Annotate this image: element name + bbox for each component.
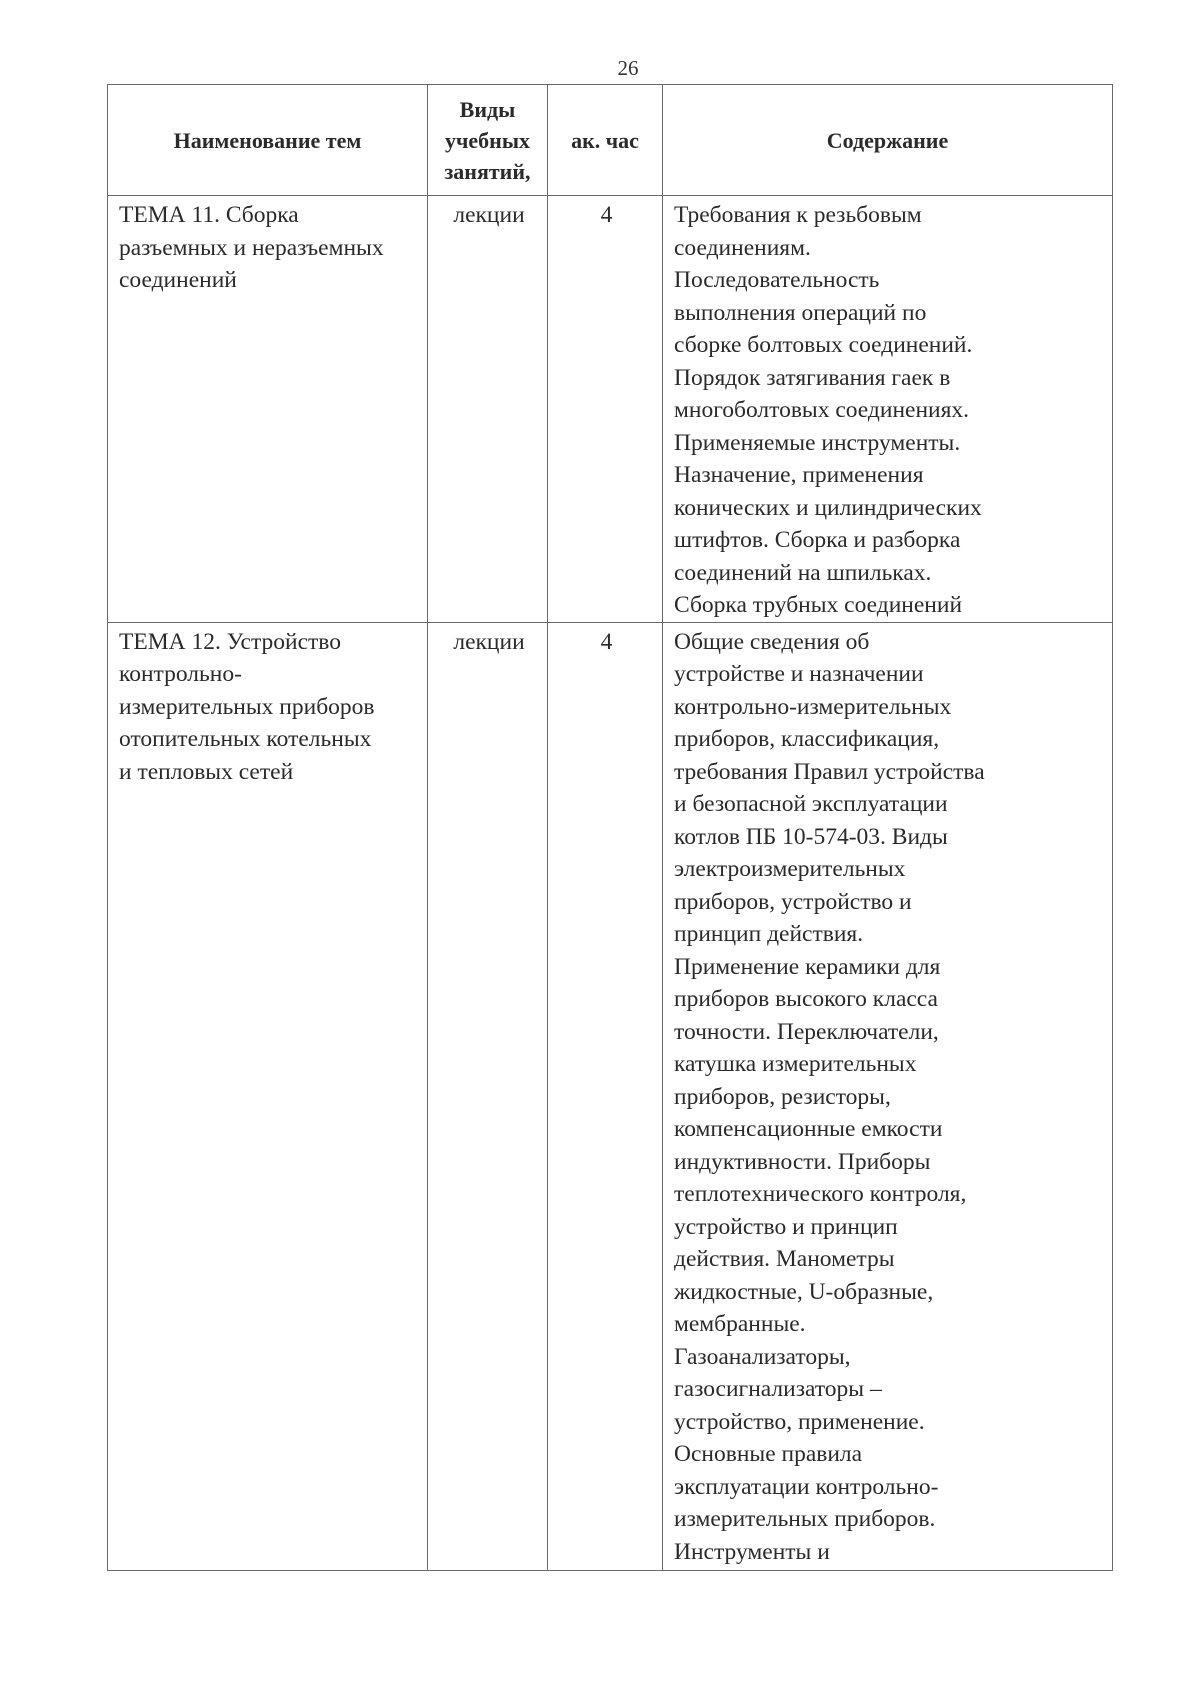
content-line: соединениям. — [674, 232, 1104, 265]
content-line: устройство, применение. — [674, 1406, 1104, 1439]
content-line: приборов, классификация, — [674, 723, 1104, 756]
content-line: Общие сведения об — [674, 626, 1104, 659]
header-topic-name: Наименование тем — [108, 85, 428, 196]
header-academic-hours: ак. час — [548, 85, 663, 196]
content-line: Газоанализаторы, — [674, 1341, 1104, 1374]
class-type-cell: лекции — [428, 196, 548, 623]
content-line: теплотехнического контроля, — [674, 1178, 1104, 1211]
content-line: соединений на шпильках. — [674, 557, 1104, 590]
content-line: приборов, резисторы, — [674, 1081, 1104, 1114]
content-line: конических и цилиндрических — [674, 492, 1104, 525]
topic-line: разъемных и неразъемных — [119, 232, 419, 265]
content-line: котлов ПБ 10-574-03. Виды — [674, 821, 1104, 854]
content-line: электроизмерительных — [674, 853, 1104, 886]
content-line: действия. Манометры — [674, 1243, 1104, 1276]
topic-cell: ТЕМА 12. Устройствоконтрольно-измеритель… — [108, 622, 428, 1570]
content-line: точности. Переключатели, — [674, 1016, 1104, 1049]
content-line: сборке болтовых соединений. — [674, 329, 1104, 362]
topic-line: отопительных котельных — [119, 723, 419, 756]
table-header-row: Наименование тем Виды учебных занятий, а… — [108, 85, 1113, 196]
content-line: и безопасной эксплуатации — [674, 788, 1104, 821]
content-line: компенсационные емкости — [674, 1113, 1104, 1146]
content-line: Требования к резьбовым — [674, 199, 1104, 232]
table-row: ТЕМА 11. Сборкаразъемных и неразъемныхсо… — [108, 196, 1113, 623]
content-line: устройстве и назначении — [674, 658, 1104, 691]
header-content: Содержание — [663, 85, 1113, 196]
content-line: приборов высокого класса — [674, 983, 1104, 1016]
content-line: Назначение, применения — [674, 459, 1104, 492]
content-line: выполнения операций по — [674, 297, 1104, 330]
content-line: многоболтовых соединениях. — [674, 394, 1104, 427]
content-line: приборов, устройство и — [674, 886, 1104, 919]
header-class-type-line: занятий, — [432, 156, 543, 187]
hours-cell: 4 — [548, 622, 663, 1570]
topic-line: ТЕМА 11. Сборка — [119, 199, 419, 232]
content-line: устройство и принцип — [674, 1211, 1104, 1244]
page-number: 26 — [28, 56, 1200, 81]
content-line: принцип действия. — [674, 918, 1104, 951]
table-row: ТЕМА 12. Устройствоконтрольно-измеритель… — [108, 622, 1113, 1570]
curriculum-table: Наименование тем Виды учебных занятий, а… — [107, 84, 1113, 1571]
content-line: измерительных приборов. — [674, 1503, 1104, 1536]
content-cell: Требования к резьбовымсоединениям.Послед… — [663, 196, 1113, 623]
content-line: Сборка трубных соединений — [674, 589, 1104, 622]
content-line: контрольно-измерительных — [674, 691, 1104, 724]
content-line: Инструменты и — [674, 1536, 1104, 1569]
class-type-cell: лекции — [428, 622, 548, 1570]
content-line: Порядок затягивания гаек в — [674, 362, 1104, 395]
content-line: Применяемые инструменты. — [674, 427, 1104, 460]
topic-line: контрольно- — [119, 658, 419, 691]
topic-cell: ТЕМА 11. Сборкаразъемных и неразъемныхсо… — [108, 196, 428, 623]
content-cell: Общие сведения обустройстве и назначении… — [663, 622, 1113, 1570]
content-line: мембранные. — [674, 1308, 1104, 1341]
topic-line: ТЕМА 12. Устройство — [119, 626, 419, 659]
content-line: Применение керамики для — [674, 951, 1104, 984]
content-line: жидкостные, U-образные, — [674, 1276, 1104, 1309]
content-line: катушка измерительных — [674, 1048, 1104, 1081]
content-line: штифтов. Сборка и разборка — [674, 524, 1104, 557]
hours-cell: 4 — [548, 196, 663, 623]
topic-line: измерительных приборов — [119, 691, 419, 724]
content-line: Основные правила — [674, 1438, 1104, 1471]
topic-line: и тепловых сетей — [119, 756, 419, 789]
header-class-type-line: учебных — [432, 125, 543, 156]
content-line: газосигнализаторы – — [674, 1373, 1104, 1406]
header-class-type: Виды учебных занятий, — [428, 85, 548, 196]
content-line: эксплуатации контрольно- — [674, 1471, 1104, 1504]
content-line: требования Правил устройства — [674, 756, 1104, 789]
content-line: Последовательность — [674, 264, 1104, 297]
topic-line: соединений — [119, 264, 419, 297]
content-line: индуктивности. Приборы — [674, 1146, 1104, 1179]
header-class-type-line: Виды — [432, 94, 543, 125]
